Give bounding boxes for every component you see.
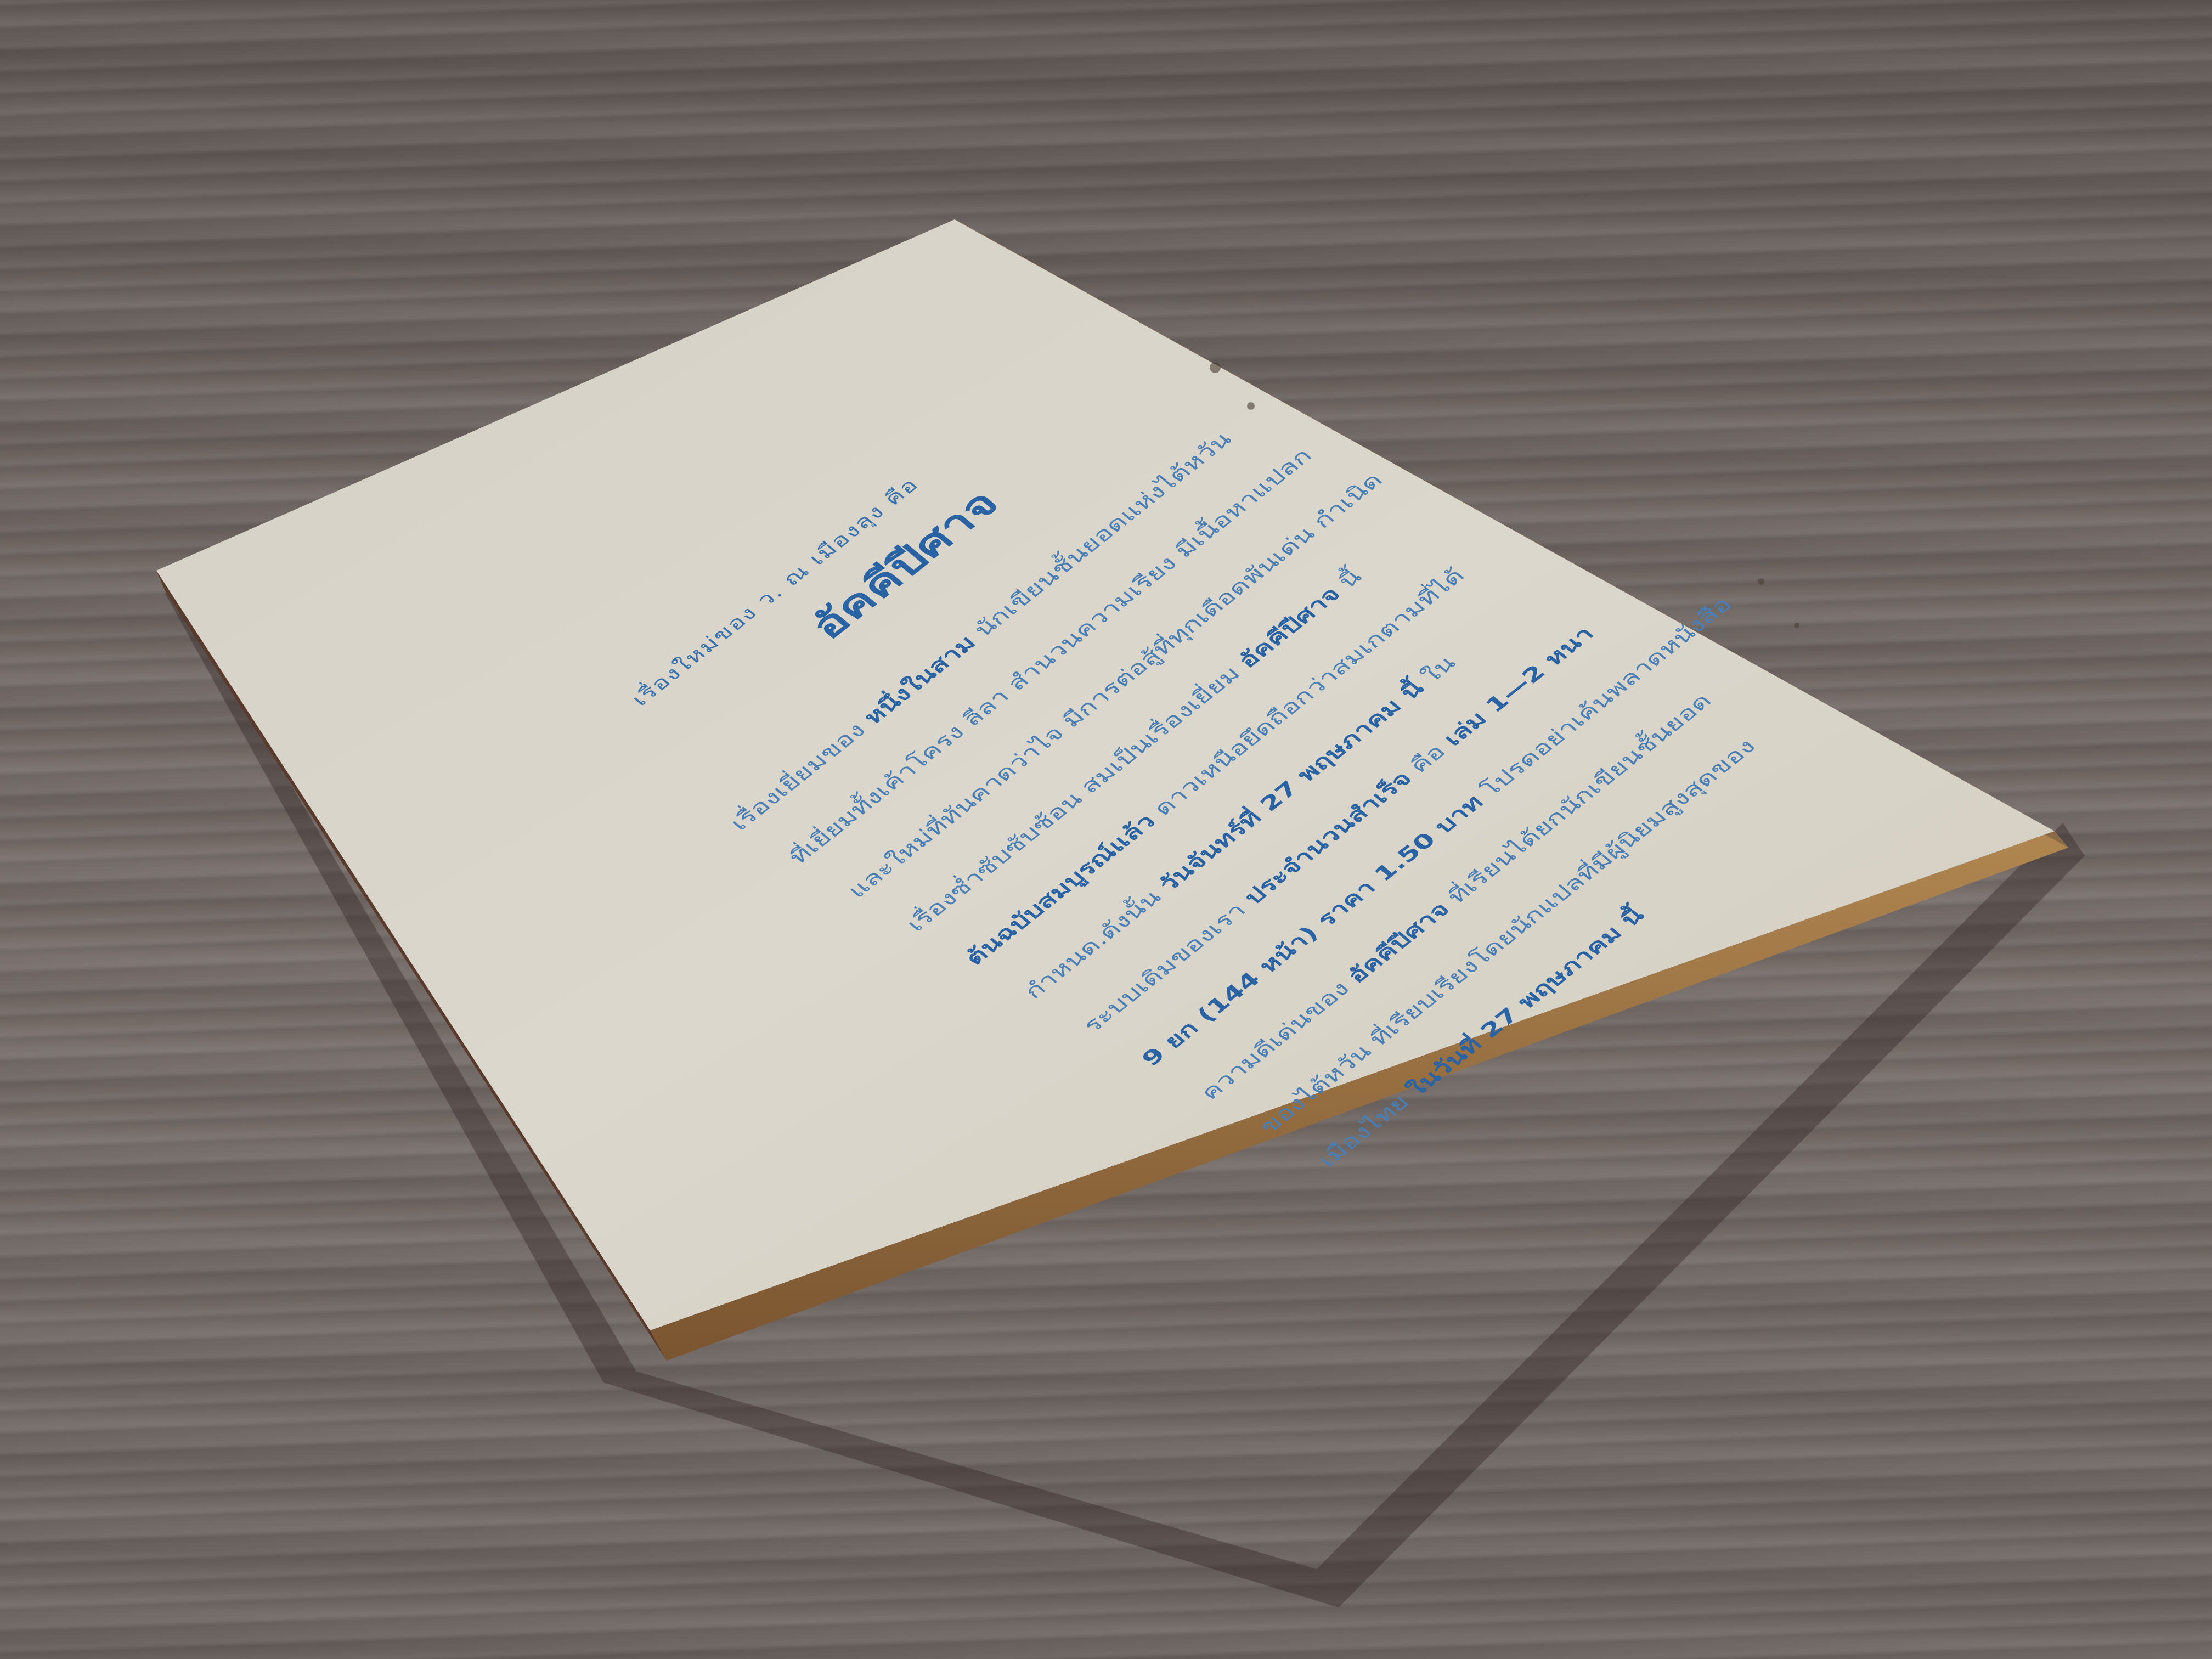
photo-scene: เรื่องใหม่ของ ว. ณ เมืองลุง คือ อัคคีปีศ… <box>0 0 2212 1659</box>
